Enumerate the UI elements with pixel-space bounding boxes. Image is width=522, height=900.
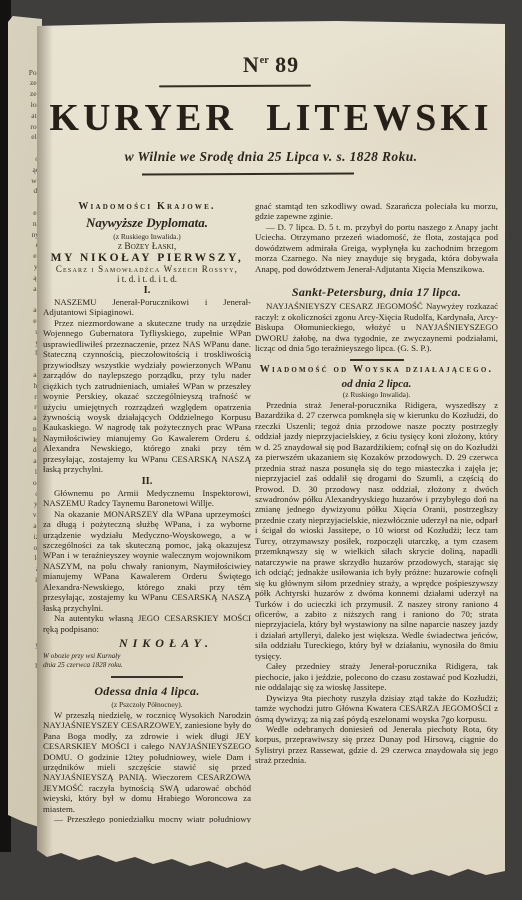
odessa-paragraph-1: W przeszłą niedzielę, w rocznicę Wysokic…	[43, 710, 251, 815]
signature-place: W obozie przy wsi Kurnały	[43, 652, 251, 661]
petersburg-paragraph: NAYJAŚNIEYSZY CESARZ JEGOMOŚĆ Naywyżey r…	[255, 301, 498, 353]
section-header-domestic-news: Wiadomości Krajowe.	[43, 201, 251, 212]
army-paragraph-1: Przednia straż Jenerał-porucznika Ridige…	[255, 400, 498, 661]
petersburg-heading: Sankt-Petersburg, dnia 17 lipca.	[255, 285, 498, 300]
army-section-rule	[350, 359, 404, 361]
roman-numeral-one: I.	[43, 285, 251, 296]
issue-number: Ner 89	[37, 52, 505, 78]
left-column: Wiadomości Krajowe. Naywyższe Dyplomata.…	[43, 201, 251, 823]
etcetera-line: i t. d. i t. d. i t. d.	[43, 274, 251, 284]
masthead-dateline: w Wilnie we Srodę dnia 25 Lipca v. s. 18…	[37, 149, 505, 165]
decree-address-2: Głównemu po Armii Medycznemu Inspektorow…	[43, 488, 251, 509]
article-heading-diplomas: Naywyższe Dyplomata.	[43, 215, 251, 231]
anapa-paragraph: — D. 7 lipca. D. 5 t. m. przybył do port…	[255, 222, 498, 274]
newspaper-page: Ner 89 KURYER LITEWSKI w Wilnie we Srodę…	[37, 19, 505, 880]
odessa-heading: Odessa dnia 4 lipca.	[43, 684, 251, 699]
decree-address-1: NASZEMU Jenerał-Porucznikowi i Jenerał-A…	[43, 297, 251, 318]
odessa-paragraph-2: — Przeszłego poniedziałku mocny wiatr po…	[43, 814, 251, 823]
signature-date: dnia 25 czerwca 1828 roku.	[43, 661, 251, 670]
masthead: Ner 89 KURYER LITEWSKI w Wilnie we Srodę…	[37, 19, 505, 175]
army-news-subheader: od dnia 2 lipca.	[255, 378, 498, 390]
issue-value: 89	[275, 52, 299, 77]
section-divider-rule	[111, 676, 183, 678]
army-paragraph-3: Dywizya 9ta piechoty ruszyła dzisiay ztą…	[255, 693, 498, 724]
signature-intro: Na autentyku własną JEGO CESARSKIEY MOŚC…	[43, 613, 251, 634]
adjacent-page-line-fragments: Po- ze- ze- ło- at- ro- el- o ąć w- d. e…	[12, 46, 39, 672]
army-paragraph-4: Wedle odebranych doniesień od Jenerała p…	[255, 724, 498, 766]
right-column: gnać stamtąd ten szkodliwy owad. Szarańc…	[255, 201, 498, 827]
masthead-rule-bottom	[142, 173, 354, 176]
army-source-note: (z Ruskiego Inwalida).	[255, 390, 498, 399]
continuation-paragraph: gnać stamtąd ten szkodliwy owad. Szarańc…	[255, 201, 498, 222]
decree-paragraph-2: Na okazanie MONARSZEY dla WPana uprzeymo…	[43, 509, 251, 614]
adjacent-page-sliver: Po- ze- ze- ło- at- ro- el- o ąć w- d. e…	[8, 16, 42, 828]
army-paragraph-2: Całey przedniey straży Jenerał-porucznik…	[255, 661, 498, 692]
odessa-source-note: (z Pszczoły Północney).	[43, 700, 251, 709]
newspaper-title: KURYER LITEWSKI	[37, 96, 505, 140]
roman-numeral-two: II.	[43, 476, 251, 487]
issue-superscript: er	[260, 55, 269, 66]
invocation-line: z Bożey Łaski,	[43, 242, 251, 252]
royal-name-line: MY NIKOŁAY PIERWSZY,	[43, 252, 251, 264]
masthead-rule-top	[159, 85, 311, 88]
decree-paragraph-1: Przez niezmordowane a skuteczne trudy na…	[43, 318, 251, 475]
source-note: (z Ruskiego Inwalida.)	[43, 232, 251, 241]
royal-title-line: Cesarz i Samowładźca Wszech Rossyy,	[43, 264, 251, 274]
spacer	[255, 274, 498, 280]
scan-backdrop: Po- ze- ze- ło- at- ro- el- o ąć w- d. e…	[0, 0, 522, 900]
signature-place-date: W obozie przy wsi Kurnały dnia 25 czerwc…	[43, 652, 251, 669]
army-news-header: Wiadomość od Woyska działającego.	[255, 364, 498, 375]
imperial-signature: NIKOŁAY.	[81, 636, 251, 651]
issue-prefix: N	[243, 52, 260, 77]
